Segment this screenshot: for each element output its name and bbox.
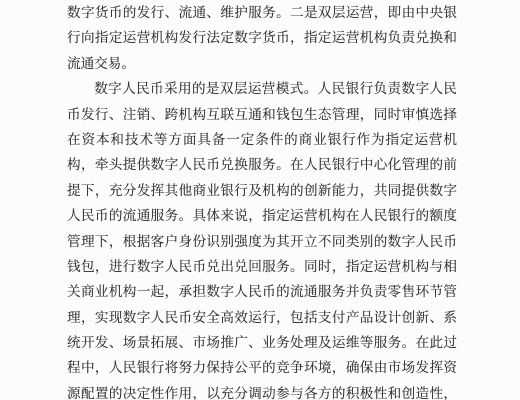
text-line: 程中，人民银行将努力保持公平的竞争环境，确保由市场发挥资: [67, 356, 457, 381]
text-line: 关商业机构一起，承担数字人民币的流通服务并负责零售环节管: [67, 280, 457, 305]
text-line: 行向指定运营机构发行法定数字货币，指定运营机构负责兑换和: [67, 26, 457, 51]
text-line: 数字货币的发行、流通、维护服务。二是双层运营，即由中央银: [67, 1, 457, 26]
text-line: 理，实现数字人民币安全高效运行，包括支付产品设计创新、系: [67, 306, 457, 331]
text-line: 管理下，根据客户身份识别强度为其开立不同类别的数字人民币: [67, 230, 457, 255]
text-line: 在资本和技术等方面具备一定条件的商业银行作为指定运营机: [67, 128, 457, 153]
text-line: 统开发、场景拓展、市场推广、业务处理及运维等服务。在此过: [67, 331, 457, 356]
paragraph: 数字货币的发行、流通、维护服务。二是双层运营，即由中央银 行向指定运营机构发行法…: [67, 1, 457, 77]
document-page: 数字货币的发行、流通、维护服务。二是双层运营，即由中央银 行向指定运营机构发行法…: [0, 0, 520, 400]
text-line: 源配置的决定性作用，以充分调动参与各方的积极性和创造性，: [67, 382, 457, 400]
text-line: 钱包，进行数字人民币兑出兑回服务。同时，指定运营机构与相: [67, 255, 457, 280]
text-line: 币发行、注销、跨机构互联互通和钱包生态管理，同时审慎选择: [67, 103, 457, 128]
text-block: 数字货币的发行、流通、维护服务。二是双层运营，即由中央银 行向指定运营机构发行法…: [67, 1, 457, 400]
text-line: 提下，充分发挥其他商业银行及机构的创新能力，共同提供数字: [67, 179, 457, 204]
text-line: 流通交易。: [67, 52, 457, 77]
text-line: 数字人民币采用的是双层运营模式。人民银行负责数字人民: [67, 77, 457, 102]
text-line: 构，牵头提供数字人民币兑换服务。在人民银行中心化管理的前: [67, 153, 457, 178]
paragraph: 数字人民币采用的是双层运营模式。人民银行负责数字人民 币发行、注销、跨机构互联互…: [67, 77, 457, 400]
text-line: 人民币的流通服务。具体来说，指定运营机构在人民银行的额度: [67, 204, 457, 229]
